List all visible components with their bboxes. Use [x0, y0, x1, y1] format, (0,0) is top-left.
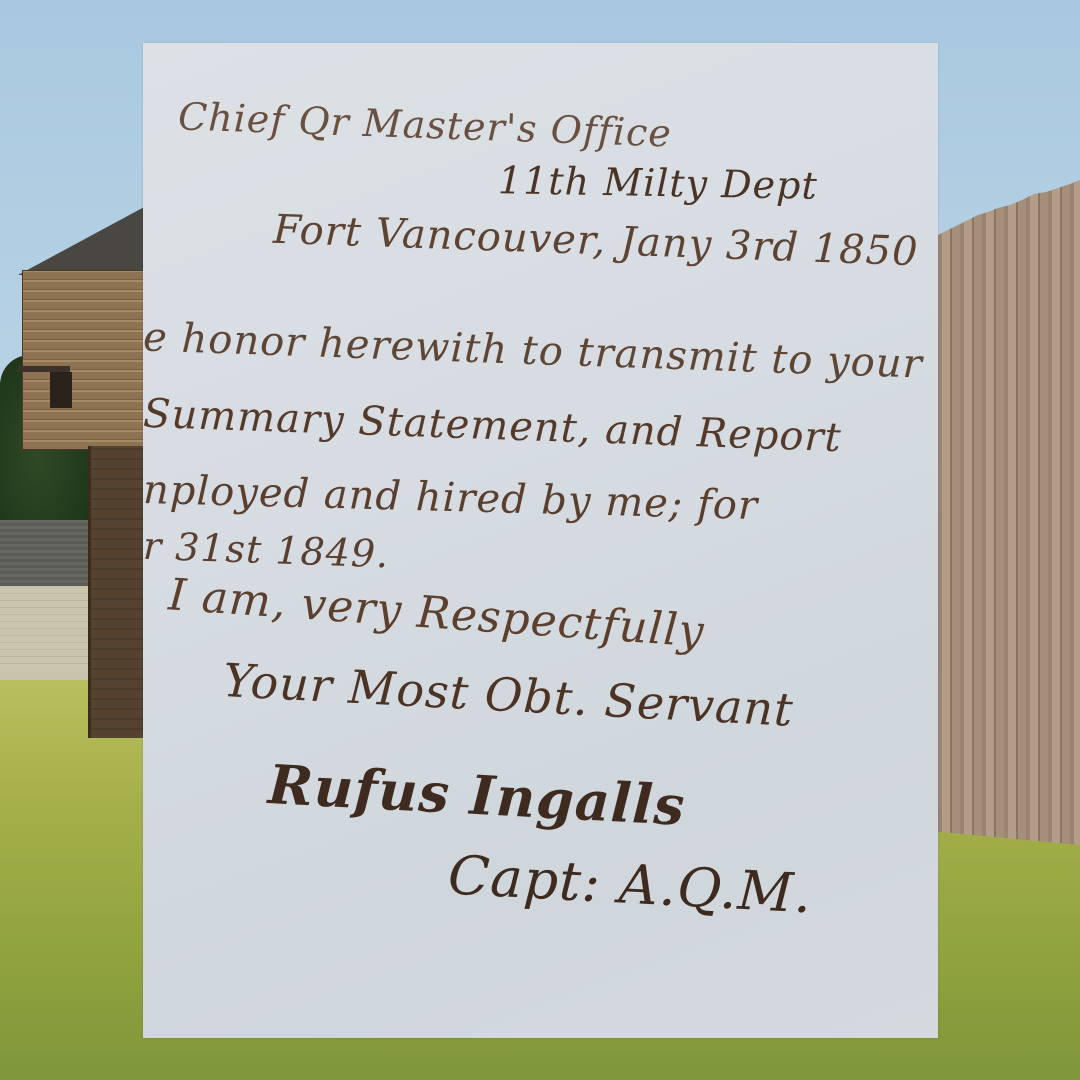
letter-body-line: r 31st 1849. — [142, 524, 390, 577]
blockhouse-window — [50, 372, 72, 408]
blockhouse-upper-story — [22, 270, 149, 450]
letter-body-line: Summary Statement, and Report — [142, 391, 842, 461]
log-palisade — [938, 180, 1080, 845]
letter-closing-line: I am, very Respectfully — [167, 569, 706, 657]
letter-heading-place-date: Fort Vancouver, Jany 3rd 1850 — [272, 207, 919, 276]
letter-heading-office: Chief Qr Master's Office — [177, 94, 672, 155]
shed-wall — [0, 588, 95, 670]
letter-body-line: nployed and hired by me; for — [143, 467, 759, 529]
shed-roof — [0, 520, 95, 586]
letter-closing-line: Your Most Obt. Servant — [222, 653, 795, 737]
letter-body-line: e honor herewith to transmit to your — [142, 314, 923, 387]
handwritten-letter: Chief Qr Master's Office 11th Milty Dept… — [143, 43, 938, 1038]
signature-name: Rufus Ingalls — [267, 752, 687, 838]
signature-title: Capt: A.Q.M. — [447, 844, 814, 926]
blockhouse-base — [88, 446, 151, 738]
letter-heading-dept: 11th Milty Dept — [498, 158, 818, 208]
